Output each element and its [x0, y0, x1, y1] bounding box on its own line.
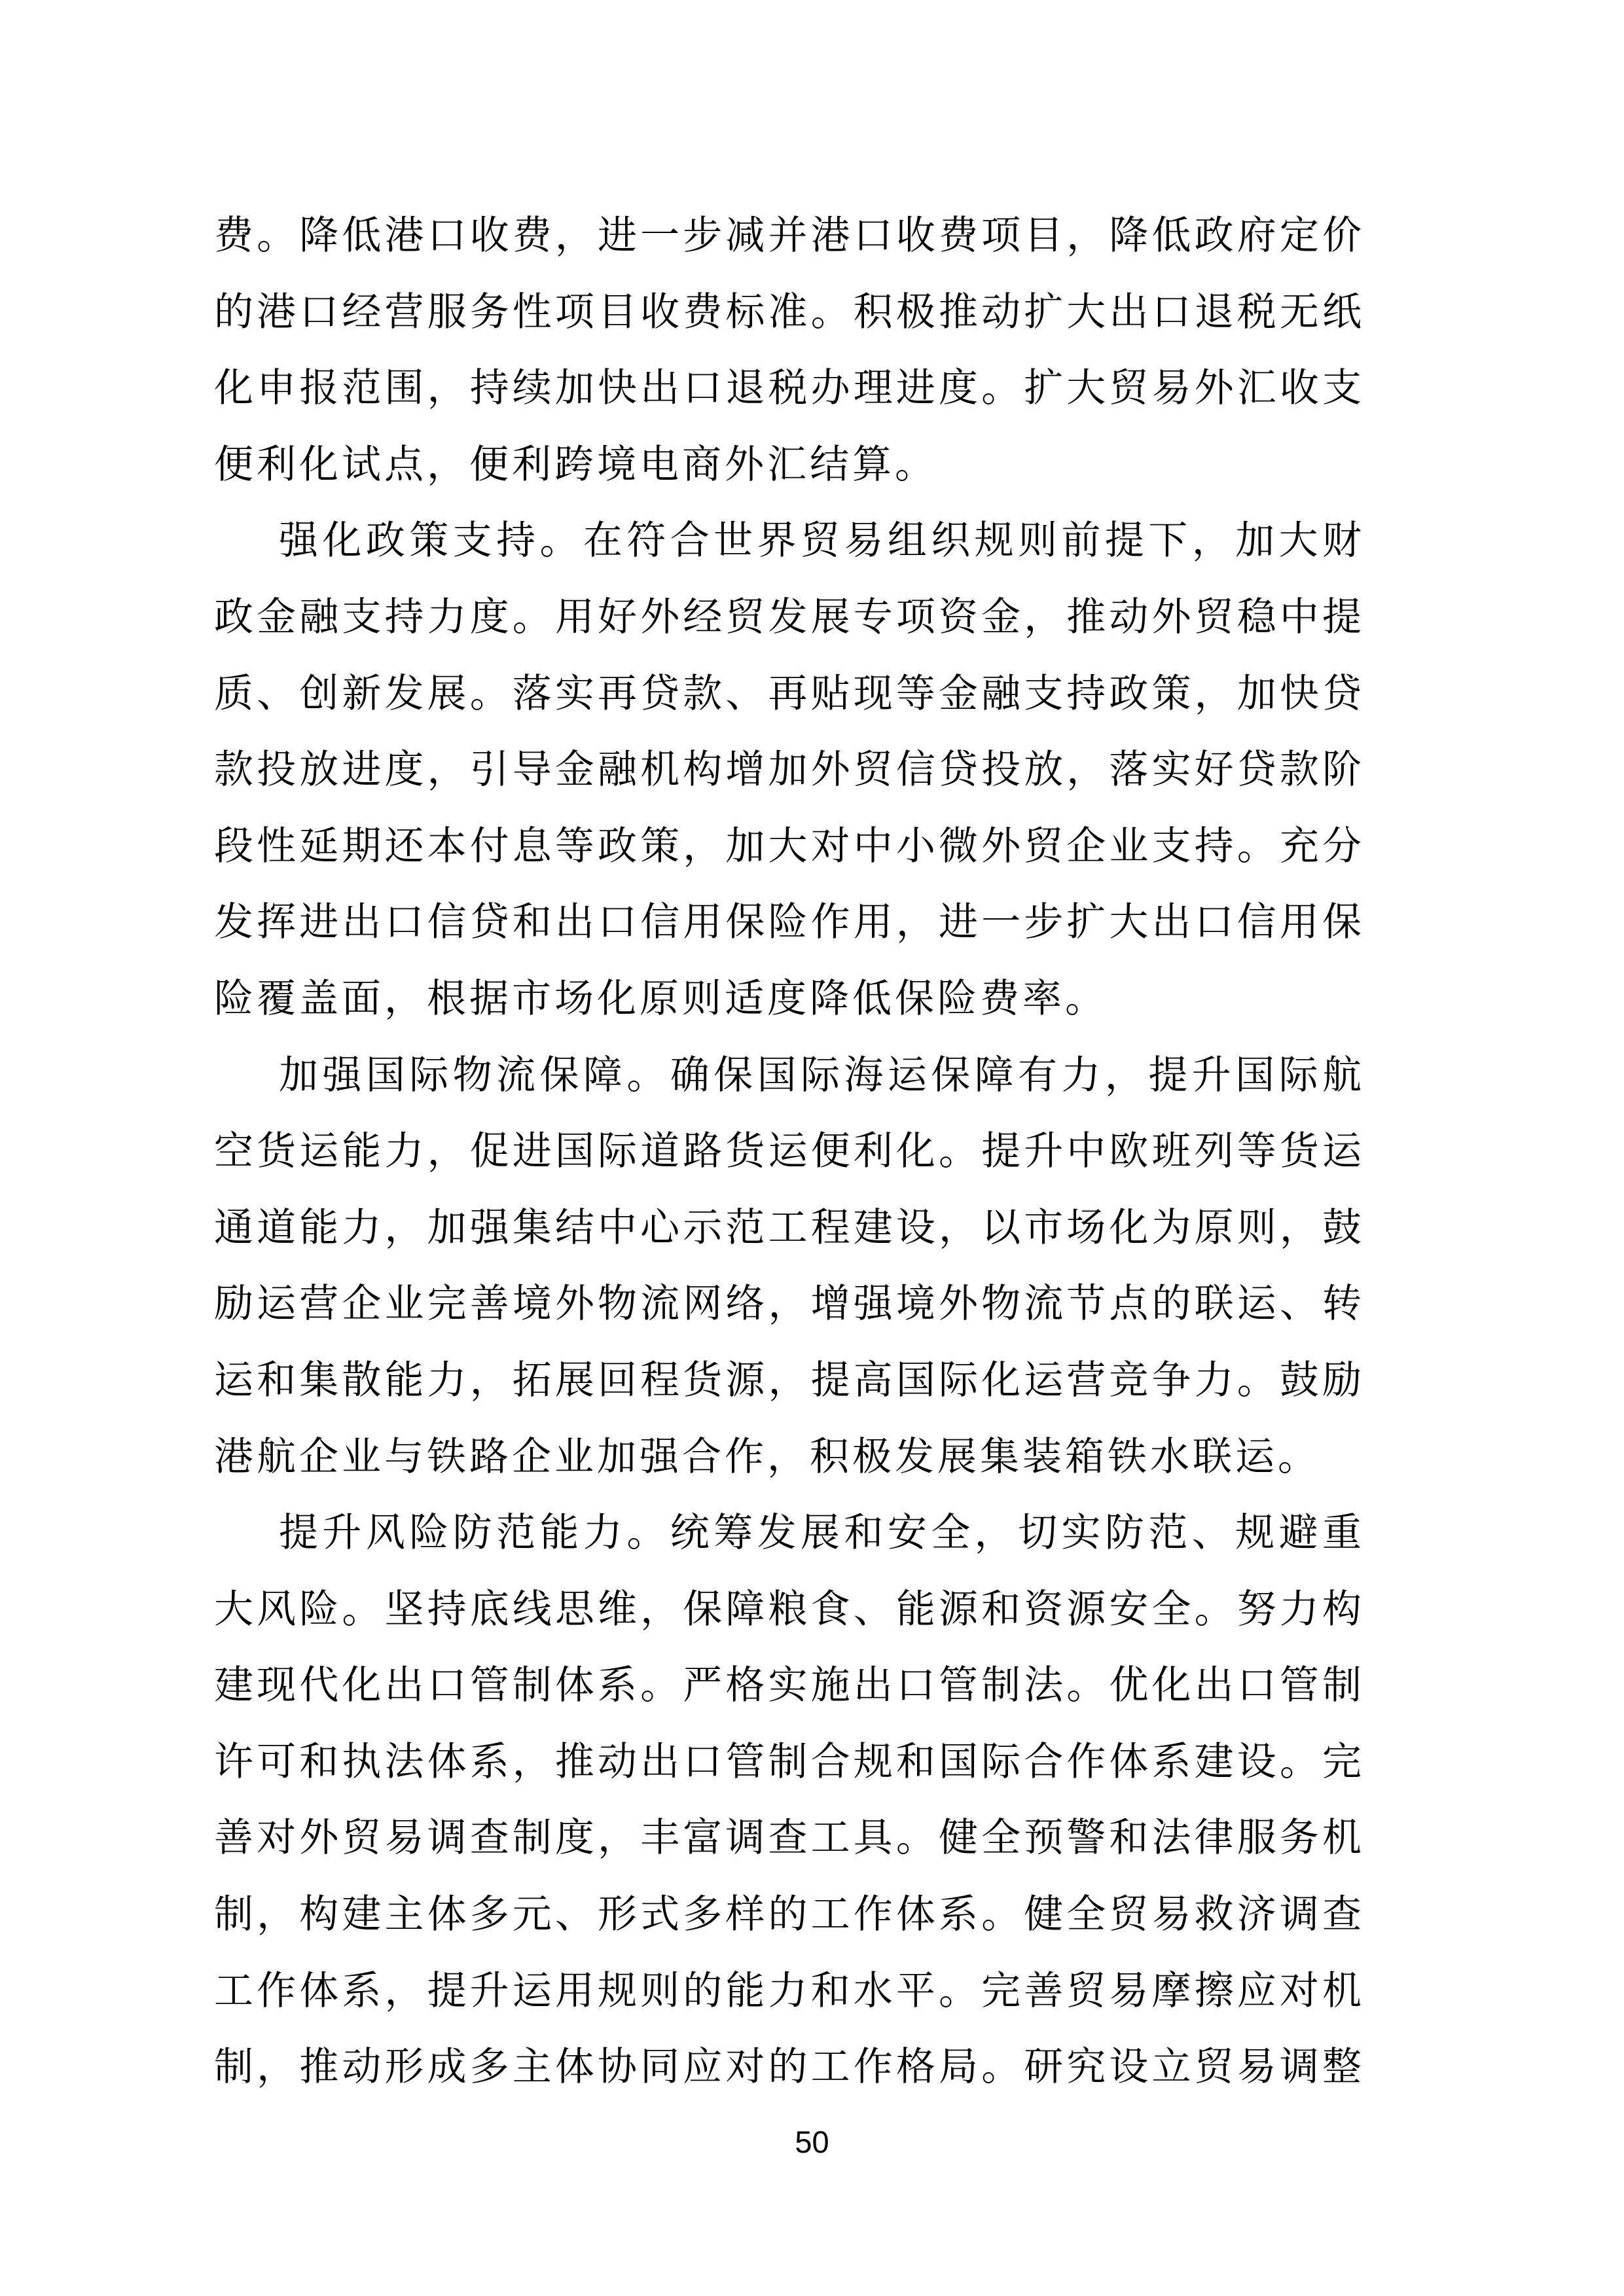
text-block: 费。降低港口收费，进一步减并港口收费项目，降低政府定价的港口经营服务性项目收费标…	[214, 198, 1365, 2106]
text-line: 善对外贸易调查制度，丰富调查工具。健全预警和法律服务机	[214, 1800, 1365, 1876]
text-line: 港航企业与铁路企业加强合作，积极发展集装箱铁水联运。	[214, 1419, 1365, 1496]
page-number: 50	[795, 2125, 829, 2159]
text-line: 通道能力，加强集结中心示范工程建设，以市场化为原则，鼓	[214, 1190, 1365, 1266]
text-line: 费。降低港口收费，进一步减并港口收费项目，降低政府定价	[214, 198, 1365, 274]
text-line: 工作体系，提升运用规则的能力和水平。完善贸易摩擦应对机	[214, 1953, 1365, 2030]
text-line: 励运营企业完善境外物流网络，增强境外物流节点的联运、转	[214, 1266, 1365, 1342]
text-line: 质、创新发展。落实再贷款、再贴现等金融支持政策，加快贷	[214, 656, 1365, 732]
text-line: 的港口经营服务性项目收费标准。积极推动扩大出口退税无纸	[214, 274, 1365, 351]
page-footer: 50	[0, 2123, 1624, 2162]
text-line: 发挥进出口信贷和出口信用保险作用，进一步扩大出口信用保	[214, 884, 1365, 961]
text-line: 强化政策支持。在符合世界贸易组织规则前提下，加大财	[214, 503, 1365, 579]
text-line: 便利化试点，便利跨境电商外汇结算。	[214, 427, 1365, 503]
document-page: 费。降低港口收费，进一步减并港口收费项目，降低政府定价的港口经营服务性项目收费标…	[0, 0, 1624, 2296]
text-line: 大风险。坚持底线思维，保障粮食、能源和资源安全。努力构	[214, 1571, 1365, 1648]
text-line: 化申报范围，持续加快出口退税办理进度。扩大贸易外汇收支	[214, 350, 1365, 427]
text-line: 运和集散能力，拓展回程货源，提高国际化运营竞争力。鼓励	[214, 1342, 1365, 1419]
text-line: 款投放进度，引导金融机构增加外贸信贷投放，落实好贷款阶	[214, 732, 1365, 808]
text-line: 政金融支持力度。用好外经贸发展专项资金，推动外贸稳中提	[214, 579, 1365, 656]
text-line: 空货运能力，促进国际道路货运便利化。提升中欧班列等货运	[214, 1113, 1365, 1190]
text-line: 险覆盖面，根据市场化原则适度降低保险费率。	[214, 961, 1365, 1037]
text-line: 段性延期还本付息等政策，加大对中小微外贸企业支持。充分	[214, 808, 1365, 885]
text-line: 许可和执法体系，推动出口管制合规和国际合作体系建设。完	[214, 1724, 1365, 1801]
text-line: 加强国际物流保障。确保国际海运保障有力，提升国际航	[214, 1037, 1365, 1114]
text-line: 制，推动形成多主体协同应对的工作格局。研究设立贸易调整	[214, 2029, 1365, 2106]
text-line: 制，构建主体多元、形式多样的工作体系。健全贸易救济调查	[214, 1876, 1365, 1953]
text-line: 建现代化出口管制体系。严格实施出口管制法。优化出口管制	[214, 1647, 1365, 1724]
text-line: 提升风险防范能力。统筹发展和安全，切实防范、规避重	[214, 1495, 1365, 1571]
